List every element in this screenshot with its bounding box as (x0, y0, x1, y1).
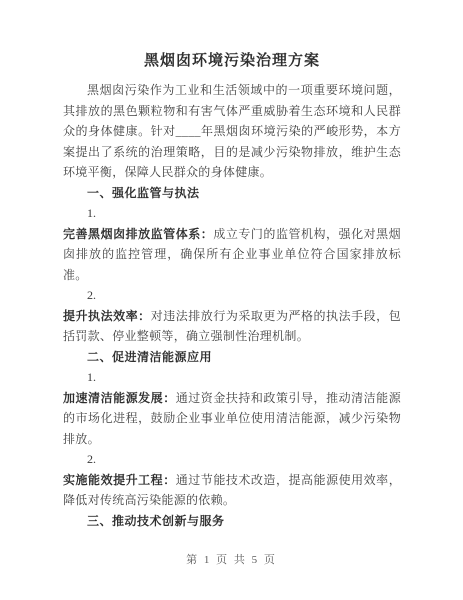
section-heading-3: 三、推动技术创新与服务 (63, 511, 401, 532)
item-paragraph: 完善黑烟囱排放监管体系：成立专门的监管机构，强化对黑烟囱排放的监控管理，确保所有… (63, 224, 401, 286)
item-lead: 加速清洁能源发展： (63, 391, 176, 405)
item-paragraph: 加速清洁能源发展：通过资金扶持和政策引导，推动清洁能源的市场化进程，鼓励企业事业… (63, 388, 401, 450)
item-lead: 实施能效提升工程： (63, 473, 176, 487)
item-number: 2. (63, 449, 401, 470)
item-number: 1. (63, 367, 401, 388)
page-footer: 第 1 页 共 5 页 (0, 551, 463, 567)
intro-paragraph: 黑烟囱污染作为工业和生活领域中的一项重要环境问题，其排放的黑色颗粒物和有害气体严… (63, 80, 401, 183)
document-page: 黑烟囱环境污染治理方案 黑烟囱污染作为工业和生活领域中的一项重要环境问题，其排放… (0, 0, 463, 600)
item-paragraph: 提升执法效率：对违法排放行为采取更为严格的执法手段，包括罚款、停业整顿等，确立强… (63, 306, 401, 347)
item-number: 2. (63, 285, 401, 306)
item-lead: 完善黑烟囱排放监管体系： (63, 227, 213, 241)
item-lead: 提升执法效率： (63, 309, 151, 323)
section-heading-1: 一、强化监管与执法 (63, 183, 401, 204)
document-title: 黑烟囱环境污染治理方案 (63, 52, 401, 70)
item-paragraph: 实施能效提升工程：通过节能技术改造，提高能源使用效率，降低对传统高污染能源的依赖… (63, 470, 401, 511)
section-heading-2: 二、促进清洁能源应用 (63, 347, 401, 368)
item-number: 1. (63, 203, 401, 224)
